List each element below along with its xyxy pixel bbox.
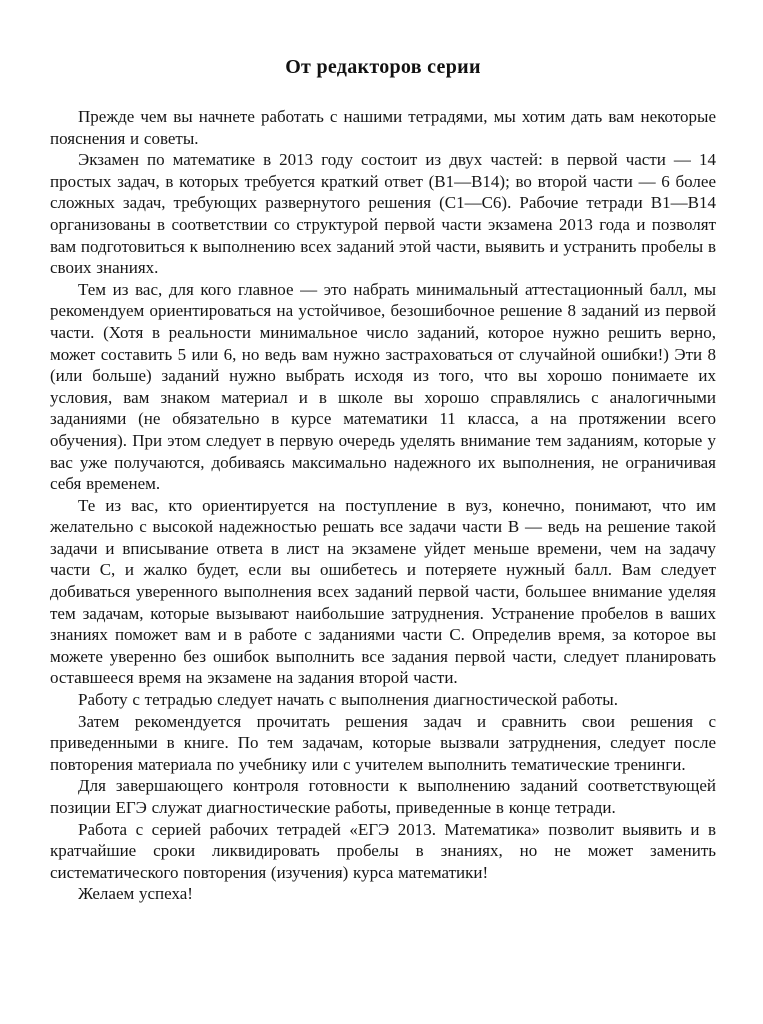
paragraph: Желаем успеха! (50, 883, 716, 905)
paragraph: Затем рекомендуется прочитать решения за… (50, 711, 716, 776)
body-text: Прежде чем вы начнете работать с нашими … (50, 106, 716, 905)
book-page: От редакторов серии Прежде чем вы начнет… (0, 0, 763, 1024)
paragraph: Работа с серией рабочих тетрадей «ЕГЭ 20… (50, 819, 716, 884)
paragraph: Прежде чем вы начнете работать с нашими … (50, 106, 716, 149)
paragraph: Тем из вас, для кого главное — это набра… (50, 279, 716, 495)
paragraph: Для завершающего контроля готовности к в… (50, 775, 716, 818)
paragraph: Экзамен по математике в 2013 году состои… (50, 149, 716, 279)
page-title: От редакторов серии (50, 56, 716, 79)
paragraph: Те из вас, кто ориентируется на поступле… (50, 495, 716, 689)
paragraph: Работу с тетрадью следует начать с выпол… (50, 689, 716, 711)
